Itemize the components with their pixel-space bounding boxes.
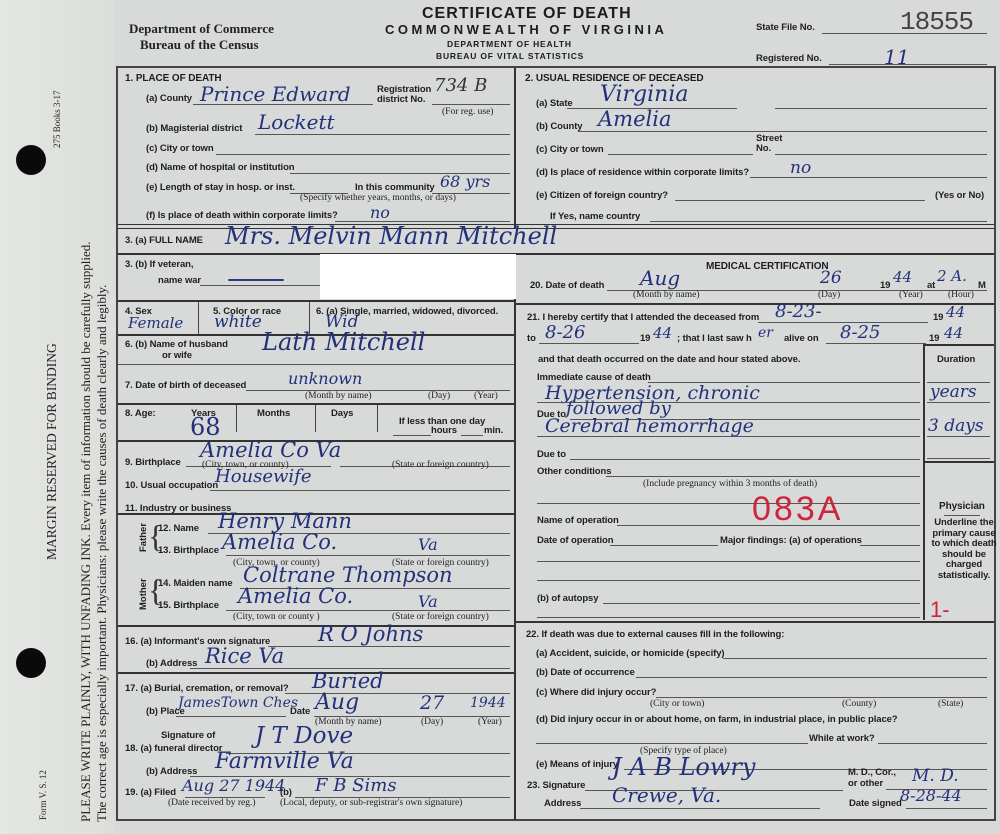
day-note: (Day) bbox=[818, 290, 840, 300]
years-value: 68 bbox=[190, 413, 221, 441]
means-label: (e) Means of injury bbox=[536, 759, 618, 770]
director-address-value: Farmville Va bbox=[215, 749, 354, 774]
alive-year-prefix: 19 bbox=[929, 333, 939, 344]
other-conditions-label: Other conditions bbox=[537, 466, 611, 477]
punch-hole-icon bbox=[16, 648, 46, 678]
filed-note: (Date received by reg.) bbox=[168, 798, 256, 808]
instruction-line-1: PLEASE WRITE PLAINLY, WITH UNFADING INK.… bbox=[78, 242, 94, 822]
physician-address-value: Crewe, Va. bbox=[612, 783, 721, 807]
full-name-label: 3. (a) FULL NAME bbox=[125, 235, 203, 246]
attended-to-year: 44 bbox=[653, 324, 672, 342]
age-label: 8. Age: bbox=[125, 408, 156, 419]
medical-cert-heading: MEDICAL CERTIFICATION bbox=[706, 261, 829, 272]
filed-label: 19. (a) Filed bbox=[125, 787, 176, 798]
hours-label: hours bbox=[431, 425, 457, 436]
occupation-label: 10. Usual occupation bbox=[125, 480, 218, 491]
registrar-value: F B Sims bbox=[315, 775, 397, 796]
months-label: Months bbox=[257, 408, 290, 419]
mother-maiden-label: 14. Maiden name bbox=[158, 578, 233, 589]
dept-health: DEPARTMENT OF HEALTH bbox=[447, 39, 572, 49]
min-label: min. bbox=[484, 425, 503, 436]
state-note: (State) bbox=[938, 699, 963, 709]
magisterial-value: Lockett bbox=[258, 110, 335, 134]
birthplace-value: Amelia Co Va bbox=[200, 438, 341, 462]
due-to-value-2: Cerebral hemorrhage bbox=[545, 415, 754, 437]
death-day: 26 bbox=[820, 268, 842, 288]
alive-label: alive on bbox=[784, 333, 819, 344]
burial-year-note: (Year) bbox=[478, 717, 502, 727]
veteran-dash bbox=[228, 279, 284, 281]
mother-city-note: (City, town or county ) bbox=[233, 612, 320, 622]
death-date-label: 20. Date of death bbox=[530, 280, 604, 291]
title-label-1: M. D., Cor., bbox=[848, 767, 896, 778]
state-file-label: State File No. bbox=[756, 22, 815, 33]
spouse-label-2: or wife bbox=[162, 350, 192, 361]
dob-label: 7. Date of birth of deceased bbox=[125, 380, 246, 391]
birthplace-label: 9. Birthplace bbox=[125, 457, 181, 468]
burial-date-label: Date bbox=[290, 706, 310, 717]
director-value: J T Dove bbox=[255, 723, 353, 749]
attended-from-year: 44 bbox=[946, 303, 965, 321]
physician-note: Underline the primary cause to which dea… bbox=[929, 518, 999, 581]
redacted-region bbox=[320, 254, 516, 299]
res-corporate-label: (d) Is place of residence within corpora… bbox=[536, 167, 749, 178]
occupation-value: Housewife bbox=[215, 466, 312, 487]
duration-label: Duration bbox=[937, 354, 975, 365]
death-hour: 2 A. bbox=[937, 267, 967, 285]
father-birthplace-state: Va bbox=[418, 535, 438, 554]
director-label-1: Signature of bbox=[161, 730, 215, 741]
mother-birthplace-label: 15. Birthplace bbox=[158, 600, 219, 611]
county-value: Prince Edward bbox=[200, 82, 351, 106]
birthplace-state-note: (State or foreign country) bbox=[392, 460, 489, 470]
immediate-duration: years bbox=[930, 382, 977, 402]
from-year-prefix: 19 bbox=[933, 312, 943, 323]
res-state-value: Virginia bbox=[600, 82, 689, 107]
findings-label: Major findings: (a) of operations bbox=[720, 535, 862, 546]
veteran-label: 3. (b) If veteran, bbox=[125, 259, 193, 270]
date-signed-label: Date signed bbox=[849, 798, 902, 809]
books-note: 275 Books 3-17 bbox=[52, 90, 62, 148]
corporate-label: (f) Is place of death within corporate l… bbox=[146, 210, 338, 221]
binding-margin: Form V. S. 12 275 Books 3-17 MARGIN RESE… bbox=[0, 0, 115, 834]
informant-signature-value: R O Johns bbox=[318, 622, 423, 646]
burial-day: 27 bbox=[420, 692, 444, 714]
state-file-number: 18555 bbox=[900, 7, 973, 37]
city-label: (c) City or town bbox=[146, 143, 214, 154]
m-label: M bbox=[978, 280, 986, 291]
signature-label: 23. Signature bbox=[527, 780, 585, 791]
community-label: In this community bbox=[355, 182, 435, 193]
res-city-label: (c) City or town bbox=[536, 144, 604, 155]
county-note: (County) bbox=[842, 699, 876, 709]
accident-label: (a) Accident, suicide, or homicide (spec… bbox=[536, 648, 724, 659]
res-corporate-value: no bbox=[790, 158, 811, 178]
informant-address-value: Rice Va bbox=[205, 644, 284, 668]
physician-heading: Physician bbox=[939, 501, 985, 512]
specify-note: (Specify whether years, months, or days) bbox=[300, 193, 456, 203]
father-birthplace-value: Amelia Co. bbox=[222, 530, 337, 554]
to-label: to bbox=[527, 333, 536, 344]
city-town-note: (City or town) bbox=[650, 699, 704, 709]
burial-day-note: (Day) bbox=[421, 717, 443, 727]
due-to-label-2: Due to bbox=[537, 449, 566, 460]
registrar-label: (b) bbox=[280, 787, 292, 798]
citizen-label: (e) Citizen of foreign country? bbox=[536, 190, 668, 201]
occurred-label: and that death occurred on the date and … bbox=[538, 354, 800, 365]
filed-value: Aug 27 1944 bbox=[182, 776, 285, 795]
year-note: (Year) bbox=[899, 290, 923, 300]
alive-year: 44 bbox=[944, 324, 963, 342]
yes-no-note: (Yes or No) bbox=[935, 190, 984, 201]
burial-year: 1944 bbox=[470, 695, 506, 711]
res-county-value: Amelia bbox=[598, 107, 671, 131]
attended-from: 8-23- bbox=[775, 301, 822, 322]
dob-day-note: (Day) bbox=[428, 391, 450, 401]
father-name-label: 12. Name bbox=[158, 523, 199, 534]
where-label: (c) Where did injury occur? bbox=[536, 687, 656, 698]
red-mark: 1- bbox=[930, 597, 950, 623]
code-stamp: 083A bbox=[752, 490, 843, 529]
title-label-2: or other bbox=[848, 778, 883, 789]
last-saw-label: ; that I last saw h bbox=[677, 333, 752, 344]
form-number: Form V. S. 12 bbox=[38, 770, 48, 820]
year-prefix: 19 bbox=[880, 280, 890, 291]
at-label: at bbox=[927, 280, 935, 291]
hour-note: (Hour) bbox=[948, 290, 974, 300]
corporate-value: no bbox=[370, 203, 390, 222]
spouse-label: 6. (b) Name of husband bbox=[125, 339, 228, 350]
date-signed-value: 8-28-44 bbox=[900, 786, 962, 805]
physician-address-label: Address bbox=[544, 798, 581, 809]
res-county-label: (b) County bbox=[536, 121, 583, 132]
occurrence-date-label: (b) Date of occurrence bbox=[536, 667, 635, 678]
days-label: Days bbox=[331, 408, 353, 419]
reg-district-value: 734 B bbox=[434, 75, 487, 96]
while-work-label: While at work? bbox=[809, 733, 875, 744]
dept-commerce: Department of Commerce bbox=[129, 21, 274, 37]
op-date-label: Date of operation bbox=[537, 535, 613, 546]
country-label: If Yes, name country bbox=[550, 211, 640, 222]
title-value: M. D. bbox=[912, 766, 959, 786]
instruction-line-2: The correct age is especially important.… bbox=[94, 285, 110, 822]
sex-value: Female bbox=[128, 314, 183, 332]
reg-use-note: (For reg. use) bbox=[442, 107, 493, 117]
burial-place-value: JamesTown Ches bbox=[178, 695, 298, 711]
binding-note: MARGIN RESERVED FOR BINDING bbox=[44, 343, 60, 560]
spouse-value: Lath Mitchell bbox=[262, 328, 425, 356]
registered-label: Registered No. bbox=[756, 53, 822, 64]
full-name-value: Mrs. Melvin Mann Mitchell bbox=[225, 222, 557, 250]
physician-signature: J A B Lowry bbox=[612, 753, 755, 781]
attended-to: 8-26 bbox=[545, 322, 585, 343]
pregnancy-note: (Include pregnancy within 3 months of de… bbox=[643, 479, 817, 489]
autopsy-label: (b) of autopsy bbox=[537, 593, 598, 604]
burial-month: Aug bbox=[315, 690, 359, 715]
last-saw-pronoun: er bbox=[758, 325, 773, 341]
dob-year-note: (Year) bbox=[474, 391, 498, 401]
director-label-2: 18. (a) funeral director bbox=[125, 743, 222, 754]
certificate-title: CERTIFICATE OF DEATH bbox=[422, 5, 632, 23]
state-title: COMMONWEALTH OF VIRGINIA bbox=[385, 22, 667, 37]
place-type-label: (d) Did injury occur in or about home, o… bbox=[536, 714, 898, 725]
alive-on: 8-25 bbox=[840, 322, 880, 343]
death-month: Aug bbox=[640, 266, 680, 290]
race-value: white bbox=[214, 312, 262, 332]
dob-value: unknown bbox=[288, 369, 362, 388]
community-value: 68 yrs bbox=[440, 172, 490, 191]
death-year: 44 bbox=[893, 268, 912, 286]
street-label: StreetNo. bbox=[756, 134, 782, 154]
reg-district-label: Registrationdistrict No. bbox=[377, 85, 431, 105]
mother-birthplace-state: Va bbox=[418, 592, 438, 611]
registrar-note: (Local, deputy, or sub-registrar's own s… bbox=[280, 798, 462, 808]
bureau-vital-stats: BUREAU OF VITAL STATISTICS bbox=[436, 51, 584, 61]
magisterial-label: (b) Magisterial district bbox=[146, 123, 242, 134]
mother-birthplace-value: Amelia Co. bbox=[238, 584, 353, 608]
name-war-label: name war bbox=[158, 275, 201, 286]
month-note: (Month by name) bbox=[633, 290, 700, 300]
operation-label: Name of operation bbox=[537, 515, 619, 526]
county-label: (a) County bbox=[146, 93, 192, 104]
stay-label: (e) Length of stay in hosp. or inst. bbox=[146, 182, 295, 193]
due-to-duration: 3 days bbox=[928, 416, 984, 436]
bureau-census: Bureau of the Census bbox=[140, 37, 259, 53]
external-heading: 22. If death was due to external causes … bbox=[526, 629, 784, 640]
hospital-label: (d) Name of hospital or institution bbox=[146, 162, 295, 173]
mother-state-note: (State or foreign country) bbox=[392, 612, 489, 622]
to-year-prefix: 19 bbox=[640, 333, 650, 344]
dob-month-note: (Month by name) bbox=[305, 391, 372, 401]
burial-method-label: 17. (a) Burial, cremation, or removal? bbox=[125, 683, 289, 694]
father-birthplace-label: 13. Birthplace bbox=[158, 545, 219, 556]
punch-hole-icon bbox=[16, 145, 46, 175]
